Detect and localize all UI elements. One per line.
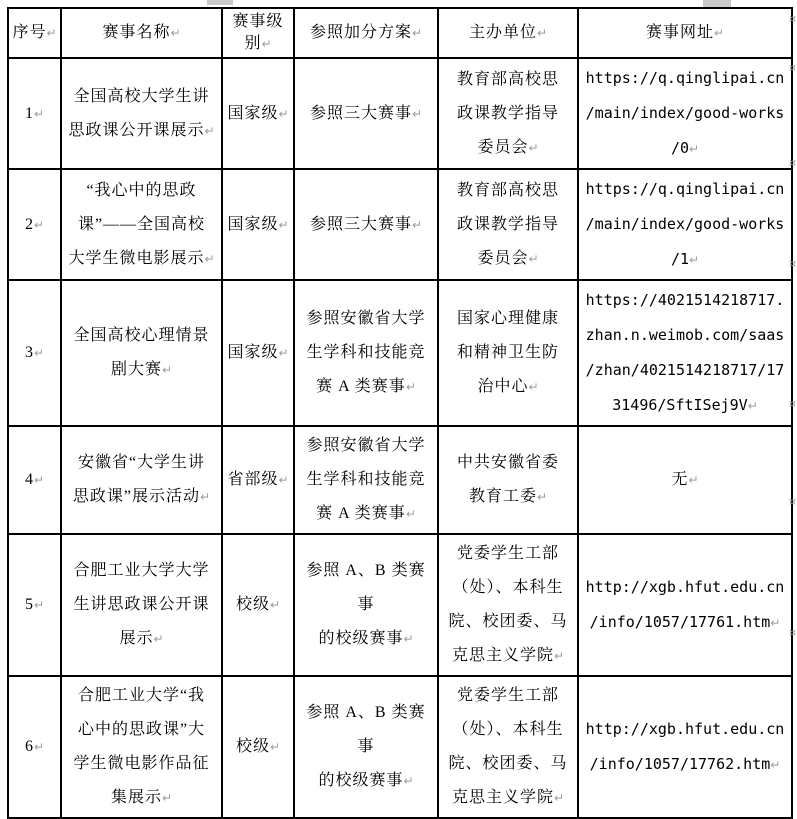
cell-event-url[interactable]: http://xgb.hfut.edu.cn /info/1057/17762.… — [578, 676, 792, 818]
header-label: 主办单位 — [469, 24, 537, 41]
cell-bonus-scheme[interactable]: 参照安徽省大学 生学科和技能竞 赛 A 类赛事↵ — [294, 280, 438, 426]
row-end-mark: ¤ — [789, 627, 797, 638]
event-url: https://4021514218717. zhan.n.weimob.com… — [586, 291, 785, 414]
line-break-mark: ↵ — [714, 26, 724, 40]
table-row: 6↵ 合肥工业大学“我 心中的思政课”大 学生微电影作品征 集展示↵ 校级↵ 参… — [8, 676, 792, 818]
line-break-mark: ↵ — [34, 598, 44, 612]
ruler-artifact — [703, 0, 731, 7]
organizer: 教育部高校思 政课教学指导 委员会 — [457, 71, 559, 156]
event-level: 国家级 — [227, 216, 278, 233]
line-break-mark: ↵ — [200, 490, 210, 504]
line-break-mark: ↵ — [688, 473, 698, 487]
line-break-mark: ↵ — [204, 124, 214, 138]
table-row: 4↵ 安徽省“大学生讲 思政课”展示活动↵ 省部级↵ 参照安徽省大学 生学科和技… — [8, 426, 792, 534]
header-cell-level[interactable]: 赛事级 别↵ — [222, 8, 294, 58]
cell-event-url[interactable]: http://xgb.hfut.edu.cn /info/1057/17761.… — [578, 534, 792, 676]
cell-row-number[interactable]: 4↵ — [8, 426, 61, 534]
line-break-mark: ↵ — [162, 791, 172, 805]
header-label: 参照加分方案 — [310, 24, 412, 41]
line-break-mark: ↵ — [528, 252, 538, 266]
cell-row-number[interactable]: 6↵ — [8, 676, 61, 818]
line-break-mark: ↵ — [537, 490, 547, 504]
line-break-mark: ↵ — [34, 218, 44, 232]
table-row: 1↵ 全国高校大学生讲 思政课公开课展示↵ 国家级↵ 参照三大赛事↵ 教育部高校… — [8, 58, 792, 169]
cell-row-number[interactable]: 3↵ — [8, 280, 61, 426]
cell-bonus-scheme[interactable]: 参照 A、B 类赛事 的校级赛事↵ — [294, 676, 438, 818]
line-break-mark: ↵ — [689, 142, 699, 156]
event-name: “我心中的思政 课”——全国高校 大学生微电影展示 — [68, 182, 205, 267]
event-name: 全国高校大学生讲 思政课公开课展示 — [68, 88, 209, 139]
header-label: 赛事名称 — [102, 24, 170, 41]
line-break-mark: ↵ — [278, 218, 288, 232]
cell-event-level[interactable]: 国家级↵ — [222, 280, 294, 426]
bonus-scheme: 参照三大赛事 — [310, 105, 412, 122]
header-cell-name[interactable]: 赛事名称↵ — [61, 8, 222, 58]
event-level: 省部级 — [227, 471, 278, 488]
table-row: 3↵ 全国高校心理情景 剧大赛↵ 国家级↵ 参照安徽省大学 生学科和技能竞 赛 … — [8, 280, 792, 426]
header-cell-scheme[interactable]: 参照加分方案↵ — [294, 8, 438, 58]
competition-table: 序号↵ 赛事名称↵ 赛事级 别↵ 参照加分方案↵ 主办单位↵ 赛事网址↵ 1↵ … — [7, 7, 793, 819]
line-break-mark: ↵ — [554, 791, 564, 805]
line-break-mark: ↵ — [162, 363, 172, 377]
header-cell-organizer[interactable]: 主办单位↵ — [438, 8, 578, 58]
cell-event-name[interactable]: 全国高校心理情景 剧大赛↵ — [61, 280, 222, 426]
line-break-mark: ↵ — [34, 107, 44, 121]
cell-event-name[interactable]: 合肥工业大学“我 心中的思政课”大 学生微电影作品征 集展示↵ — [61, 676, 222, 818]
line-break-mark: ↵ — [170, 26, 180, 40]
header-label: 赛事级 别 — [232, 13, 283, 52]
line-break-mark: ↵ — [270, 740, 280, 754]
line-break-mark: ↵ — [528, 380, 538, 394]
cell-event-url[interactable]: https://q.qinglipai.cn /main/index/good-… — [578, 169, 792, 280]
line-break-mark: ↵ — [406, 380, 416, 394]
row-number: 3 — [25, 344, 34, 361]
line-break-mark: ↵ — [34, 346, 44, 360]
cell-event-name[interactable]: 合肥工业大学大学 生讲思政课公开课 展示↵ — [61, 534, 222, 676]
row-end-mark: ¤ — [789, 157, 797, 168]
event-url: http://xgb.hfut.edu.cn /info/1057/17762.… — [586, 720, 785, 773]
row-number: 5 — [25, 596, 34, 613]
cell-event-name[interactable]: 全国高校大学生讲 思政课公开课展示↵ — [61, 58, 222, 169]
cell-event-level[interactable]: 国家级↵ — [222, 58, 294, 169]
line-break-mark: ↵ — [278, 107, 288, 121]
event-level: 校级 — [236, 738, 270, 755]
line-break-mark: ↵ — [689, 253, 699, 267]
cell-row-number[interactable]: 5↵ — [8, 534, 61, 676]
table-row: 5↵ 合肥工业大学大学 生讲思政课公开课 展示↵ 校级↵ 参照 A、B 类赛事 … — [8, 534, 792, 676]
event-level: 国家级 — [227, 344, 278, 361]
line-break-mark: ↵ — [403, 774, 413, 788]
line-break-mark: ↵ — [403, 632, 413, 646]
row-end-mark: ¤ — [789, 62, 797, 73]
event-name: 全国高校心理情景 剧大赛 — [73, 327, 209, 378]
line-break-mark: ↵ — [278, 346, 288, 360]
line-break-mark: ↵ — [412, 26, 422, 40]
line-break-mark: ↵ — [278, 473, 288, 487]
header-label: 赛事网址 — [646, 24, 714, 41]
header-cell-no[interactable]: 序号↵ — [8, 8, 61, 58]
line-break-mark: ↵ — [261, 37, 271, 51]
cell-event-name[interactable]: “我心中的思政 课”——全国高校 大学生微电影展示↵ — [61, 169, 222, 280]
cell-row-number[interactable]: 1↵ — [8, 58, 61, 169]
cell-bonus-scheme[interactable]: 参照 A、B 类赛事 的校级赛事↵ — [294, 534, 438, 676]
line-break-mark: ↵ — [770, 758, 780, 772]
line-break-mark: ↵ — [46, 26, 56, 40]
header-label: 序号 — [12, 24, 46, 41]
line-break-mark: ↵ — [270, 598, 280, 612]
event-name: 安徽省“大学生讲 思政课”展示活动 — [73, 454, 205, 505]
line-break-mark: ↵ — [554, 649, 564, 663]
bonus-scheme: 参照三大赛事 — [310, 216, 412, 233]
organizer: 党委学生工部 （处）、本科生 院、校团委、马 克思主义学院 — [448, 545, 567, 664]
line-break-mark: ↵ — [406, 507, 416, 521]
row-end-mark: ¤ — [789, 398, 797, 409]
organizer: 教育部高校思 政课教学指导 委员会 — [457, 182, 559, 267]
line-break-mark: ↵ — [412, 107, 422, 121]
line-break-mark: ↵ — [537, 26, 547, 40]
ruler-artifact — [207, 0, 233, 5]
row-number: 2 — [25, 216, 34, 233]
line-break-mark: ↵ — [204, 252, 214, 266]
event-level: 国家级 — [227, 105, 278, 122]
cell-bonus-scheme[interactable]: 参照三大赛事↵ — [294, 58, 438, 169]
cell-organizer[interactable]: 党委学生工部 （处）、本科生 院、校团委、马 克思主义学院↵ — [438, 534, 578, 676]
row-end-mark: ¤ — [789, 496, 797, 507]
organizer: 国家心理健康 和精神卫生防 治中心 — [457, 310, 559, 395]
line-break-mark: ↵ — [34, 740, 44, 754]
cell-event-level[interactable]: 国家级↵ — [222, 169, 294, 280]
row-number: 6 — [25, 738, 34, 755]
event-url: https://q.qinglipai.cn /main/index/good-… — [586, 69, 785, 157]
line-break-mark: ↵ — [770, 616, 780, 630]
line-break-mark: ↵ — [412, 218, 422, 232]
row-end-mark: ¤ — [789, 258, 797, 269]
event-name: 合肥工业大学“我 心中的思政课”大 学生微电影作品征 集展示 — [73, 687, 209, 806]
cell-event-name[interactable]: 安徽省“大学生讲 思政课”展示活动↵ — [61, 426, 222, 534]
cell-bonus-scheme[interactable]: 参照安徽省大学 生学科和技能竞 赛 A 类赛事↵ — [294, 426, 438, 534]
header-row: 序号↵ 赛事名称↵ 赛事级 别↵ 参照加分方案↵ 主办单位↵ 赛事网址↵ — [8, 8, 792, 58]
line-break-mark: ↵ — [153, 632, 163, 646]
event-url: https://q.qinglipai.cn /main/index/good-… — [586, 180, 785, 268]
cell-organizer[interactable]: 党委学生工部 （处）、本科生 院、校团委、马 克思主义学院↵ — [438, 676, 578, 818]
row-number: 1 — [25, 105, 34, 122]
organizer: 党委学生工部 （处）、本科生 院、校团委、马 克思主义学院 — [448, 687, 567, 806]
cell-organizer[interactable]: 教育部高校思 政课教学指导 委员会↵ — [438, 58, 578, 169]
header-cell-url[interactable]: 赛事网址↵ — [578, 8, 792, 58]
event-level: 校级 — [236, 596, 270, 613]
line-break-mark: ↵ — [748, 399, 758, 413]
cell-event-level[interactable]: 校级↵ — [222, 534, 294, 676]
cell-event-level[interactable]: 校级↵ — [222, 676, 294, 818]
event-name: 合肥工业大学大学 生讲思政课公开课 展示 — [73, 562, 209, 647]
cell-row-number[interactable]: 2↵ — [8, 169, 61, 280]
cell-event-level[interactable]: 省部级↵ — [222, 426, 294, 534]
table-row: 2↵ “我心中的思政 课”——全国高校 大学生微电影展示↵ 国家级↵ 参照三大赛… — [8, 169, 792, 280]
event-url: http://xgb.hfut.edu.cn /info/1057/17761.… — [586, 578, 785, 631]
cell-bonus-scheme[interactable]: 参照三大赛事↵ — [294, 169, 438, 280]
line-break-mark: ↵ — [528, 141, 538, 155]
event-url: 无 — [671, 471, 688, 488]
cell-organizer[interactable]: 中共安徽省委 教育工委↵ — [438, 426, 578, 534]
cell-event-url[interactable]: https://q.qinglipai.cn /main/index/good-… — [578, 58, 792, 169]
row-end-mark: ¤ — [789, 13, 797, 24]
cell-organizer[interactable]: 教育部高校思 政课教学指导 委员会↵ — [438, 169, 578, 280]
cell-event-url[interactable]: 无↵ — [578, 426, 792, 534]
line-break-mark: ↵ — [34, 473, 44, 487]
cell-event-url[interactable]: https://4021514218717. zhan.n.weimob.com… — [578, 280, 792, 426]
cell-organizer[interactable]: 国家心理健康 和精神卫生防 治中心↵ — [438, 280, 578, 426]
row-number: 4 — [25, 471, 34, 488]
